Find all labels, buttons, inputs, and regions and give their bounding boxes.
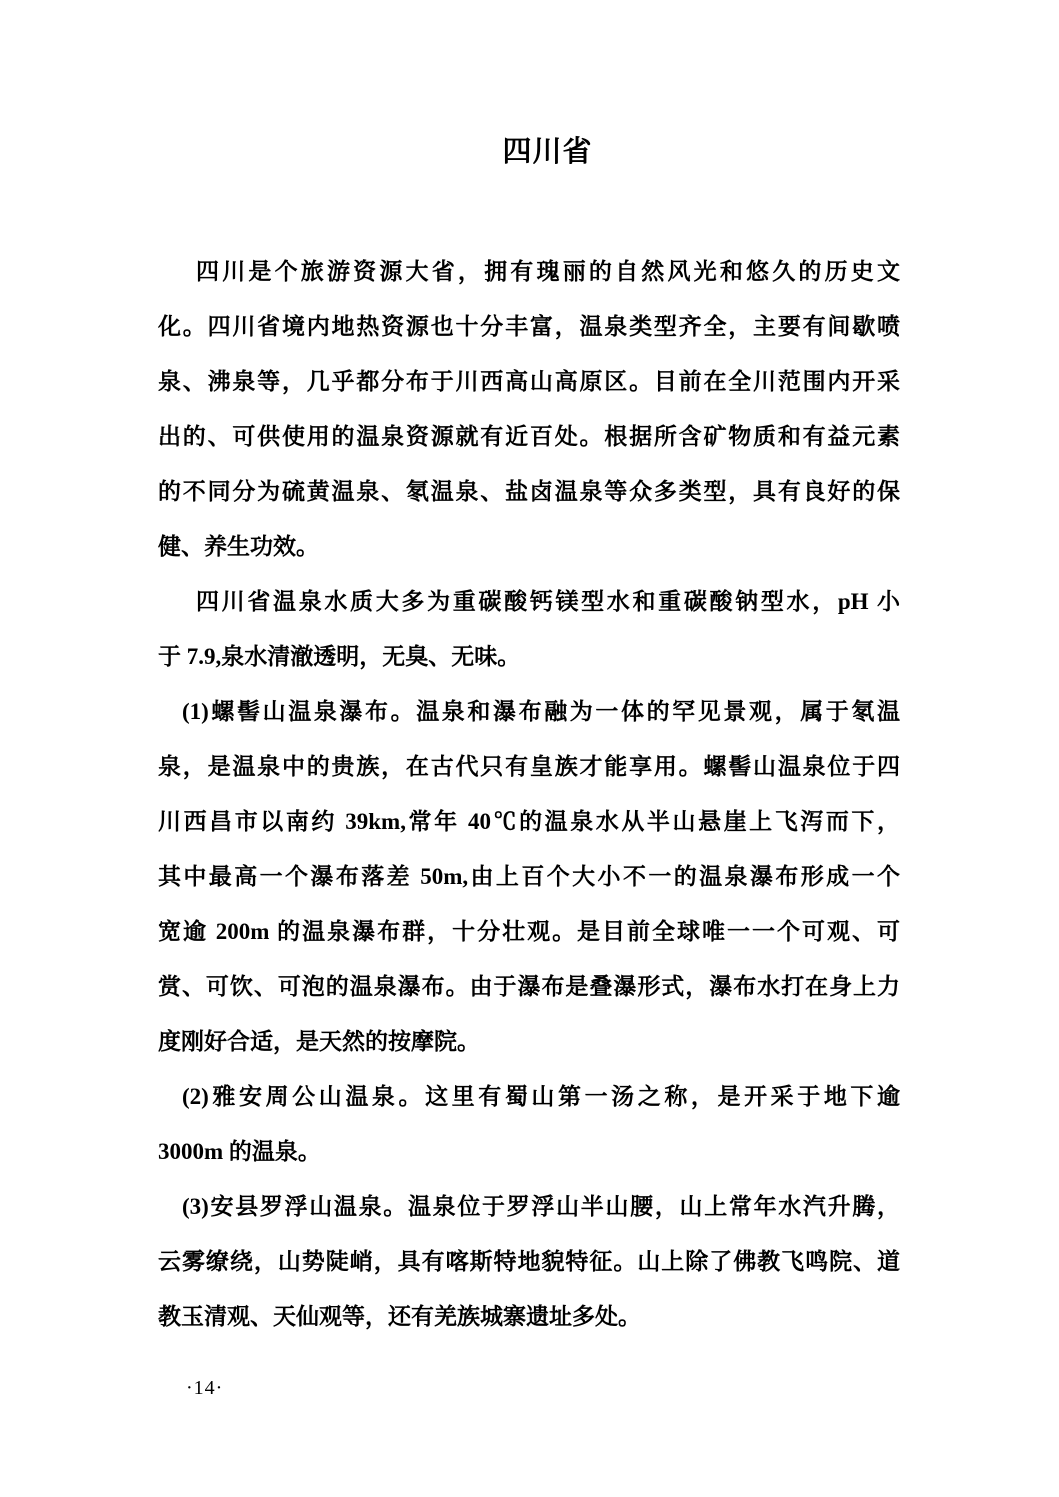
text-line: (3)安县罗浮山温泉。温泉位于罗浮山半山腰，山上常年水汽升腾， [158,1179,900,1234]
text-line: 其中最高一个瀑布落差 50m,由上百个大小不一的温泉瀑布形成一个 [158,849,900,904]
text-line: 出的、可供使用的温泉资源就有近百处。根据所含矿物质和有益元素 [158,409,900,464]
text-line: 四川省温泉水质大多为重碳酸钙镁型水和重碳酸钠型水，pH 小 [158,574,900,629]
text-line: 赏、可饮、可泡的温泉瀑布。由于瀑布是叠瀑形式，瀑布水打在身上力 [158,959,900,1014]
page-title: 四川省 [0,134,1059,170]
text-line: 于 7.9,泉水清澈透明，无臭、无味。 [158,629,900,684]
text-line: 教玉清观、天仙观等，还有羌族城寨遗址多处。 [158,1289,900,1344]
text-line: 度刚好合适，是天然的按摩院。 [158,1014,900,1069]
text-line: 的不同分为硫黄温泉、氡温泉、盐卤温泉等众多类型，具有良好的保 [158,464,900,519]
text-line: (2)雅安周公山温泉。这里有蜀山第一汤之称，是开采于地下逾 [158,1069,900,1124]
text-line: 3000m 的温泉。 [158,1124,900,1179]
text-line: 泉、沸泉等，几乎都分布于川西高山高原区。目前在全川范围内开采 [158,354,900,409]
page-number: ·14· [186,1376,223,1400]
text-line: 健、养生功效。 [158,519,900,574]
text-line: 宽逾 200m 的温泉瀑布群，十分壮观。是目前全球唯一一个可观、可 [158,904,900,959]
document-page: 四川省 四川是个旅游资源大省，拥有瑰丽的自然风光和悠久的历史文 化。四川省境内地… [0,0,1059,1497]
text-line: (1)螺髻山温泉瀑布。温泉和瀑布融为一体的罕见景观，属于氡温 [158,684,900,739]
document-body: 四川是个旅游资源大省，拥有瑰丽的自然风光和悠久的历史文 化。四川省境内地热资源也… [158,244,900,1344]
text-line: 云雾缭绕，山势陡峭，具有喀斯特地貌特征。山上除了佛教飞鸣院、道 [158,1234,900,1289]
text-line: 川西昌市以南约 39km,常年 40℃的温泉水从半山悬崖上飞泻而下， [158,794,900,849]
text-line: 化。四川省境内地热资源也十分丰富，温泉类型齐全，主要有间歇喷 [158,299,900,354]
text-line: 四川是个旅游资源大省，拥有瑰丽的自然风光和悠久的历史文 [158,244,900,299]
text-line: 泉，是温泉中的贵族，在古代只有皇族才能享用。螺髻山温泉位于四 [158,739,900,794]
